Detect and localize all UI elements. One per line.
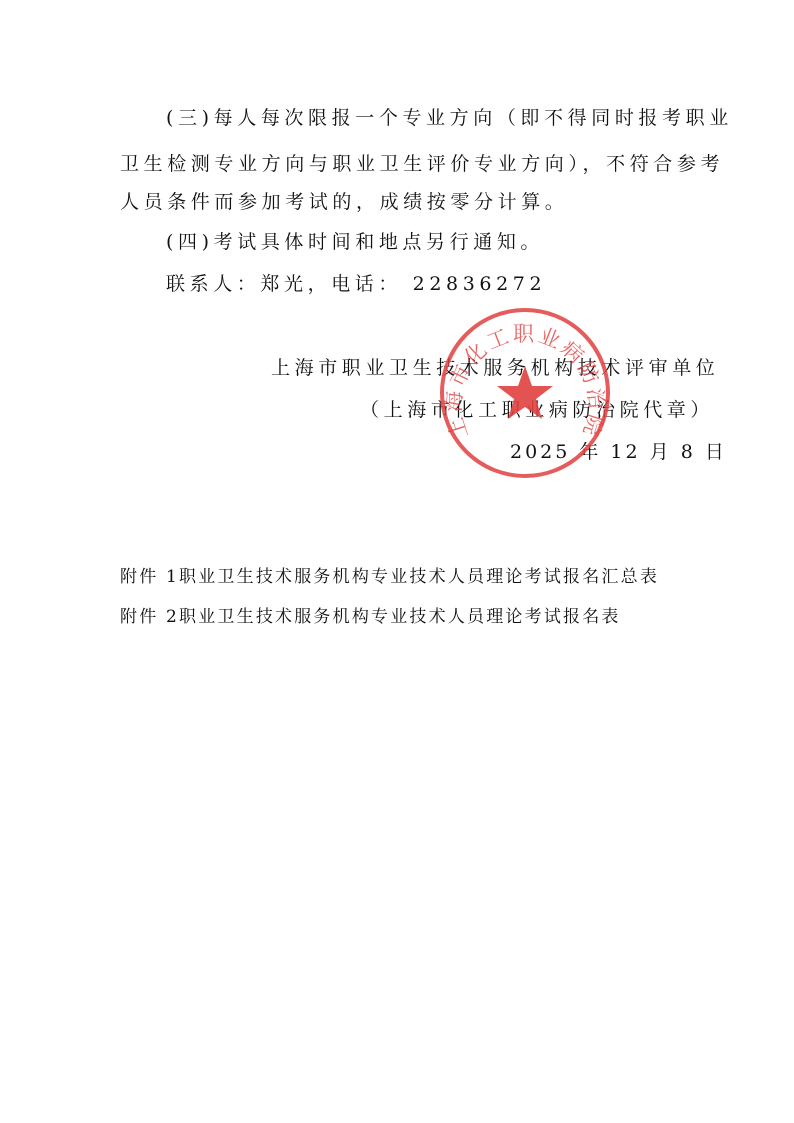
signature-date: 2025 年 12 月 8 日: [510, 440, 727, 464]
signature-proxy-seal-note: （上海市化工职业病防治院代章）: [360, 398, 714, 422]
paragraph-3-line-2: 卫生检测专业方向与职业卫生评价专业方向），不符合参考: [120, 152, 724, 176]
attachment-2-link: 附件 2职业卫生技术服务机构专业技术人员理论考试报名表: [120, 606, 621, 628]
seal-arc-text: 上海市化工职业病防治院: [441, 322, 608, 442]
contact-line: 联系人：郑光，电话： 22836272: [166, 272, 546, 296]
attachment-1-link: 附件 1职业卫生技术服务机构专业技术人员理论考试报名汇总表: [120, 566, 659, 588]
paragraph-3-line-3: 人员条件而参加考试的，成绩按零分计算。: [120, 190, 568, 214]
paragraph-3-line-1: (三)每人每次限报一个专业方向（即不得同时报考职业: [166, 106, 733, 130]
signature-organization: 上海市职业卫生技术服务机构技术评审单位: [271, 356, 719, 380]
paragraph-4: (四)考试具体时间和地点另行通知。: [166, 230, 544, 254]
